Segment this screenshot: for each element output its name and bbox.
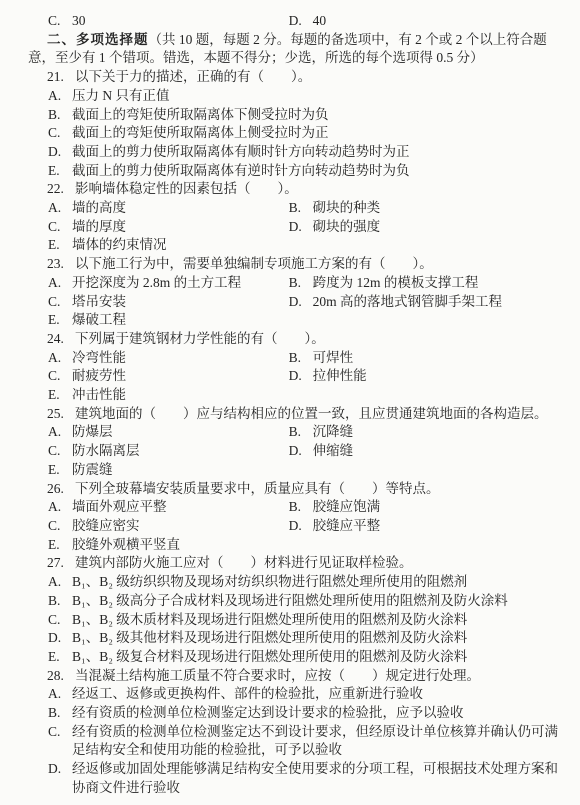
option-label: A.: [48, 573, 72, 592]
option-text: 砌块的种类: [313, 200, 381, 215]
option-text: B₁、B₂ 级高分子合成材料及现场进行阻燃处理所使用的阻燃剂及防火涂料: [72, 593, 508, 608]
question-stem: 28.当混凝土结构施工质量不符合要求时，应按（ ）规定进行处理。: [28, 667, 560, 686]
option-text: 沉降缝: [313, 424, 354, 439]
option-item: C.防水隔离层: [48, 442, 289, 461]
option-item: D.40: [289, 12, 560, 31]
option-item: D.20m 高的落地式钢管脚手架工程: [289, 293, 560, 312]
option-text: 40: [313, 13, 327, 28]
option-item: E.爆破工程: [28, 311, 560, 330]
question-stem-text: 以下关于力的描述，正确的有（ ）。: [75, 69, 311, 84]
option-item: C.经有资质的检测单位检测鉴定达不到设计要求，但经原设计单位核算并确认仍可满足结…: [28, 723, 560, 760]
option-text: 砌块的强度: [313, 219, 381, 234]
option-text: 开挖深度为 2.8m 的土方工程: [72, 275, 241, 290]
option-item: C.耐疲劳性: [48, 367, 289, 386]
question-26: 26.下列全玻幕墙安装质量要求中，质量应具有（ ）等特点。 A.墙面外观应平整 …: [28, 480, 560, 555]
option-label: C.: [48, 12, 72, 31]
option-item: D.截面上的剪力使所取隔离体有顺时针方向转动趋势时为正: [28, 143, 560, 162]
option-item: B.胶缝应饱满: [289, 498, 560, 517]
option-text: 可焊性: [313, 350, 354, 365]
option-row: C.耐疲劳性 D.拉伸性能: [28, 367, 560, 386]
question-stem: 24.下列属于建筑钢材力学性能的有（ ）。: [28, 330, 560, 349]
question-number: 26.: [47, 480, 75, 499]
option-label: A.: [48, 498, 72, 517]
option-label: C.: [48, 517, 72, 536]
question-28: 28.当混凝土结构施工质量不符合要求时，应按（ ）规定进行处理。 A.经返工、返…: [28, 667, 560, 798]
option-label: D.: [289, 12, 313, 31]
section-header: 二、多项选择题（共 10 题，每题 2 分。每题的备选项中，有 2 个或 2 个…: [28, 31, 560, 68]
option-text: B₁、B₂ 级复合材料及现场进行阻燃处理所使用的阻燃剂及防火涂料: [72, 649, 467, 664]
option-label: E.: [48, 386, 72, 405]
option-label: B.: [48, 592, 72, 611]
option-text: 胶缝应平整: [313, 518, 381, 533]
option-text: 经有资质的检测单位检测鉴定达不到设计要求，但经原设计单位核算并确认仍可满足结构安…: [72, 724, 558, 758]
option-item: A.B₁、B₂ 级纺织织物及现场对纺织织物进行阻燃处理所使用的阻燃剂: [28, 573, 560, 592]
option-label: C.: [48, 367, 72, 386]
option-text: B₁、B₂ 级其他材料及现场进行阻燃处理所使用的阻燃剂及防火涂料: [72, 630, 467, 645]
carryover-options-row: C.30 D.40: [28, 12, 560, 31]
option-item: B.砌块的种类: [289, 199, 560, 218]
option-label: D.: [289, 218, 313, 237]
question-stem-text: 下列属于建筑钢材力学性能的有（ ）。: [75, 331, 325, 346]
question-number: 24.: [47, 330, 75, 349]
option-item: D.胶缝应平整: [289, 517, 560, 536]
option-text: 防震缝: [72, 462, 113, 477]
option-label: C.: [48, 218, 72, 237]
option-item: B.B₁、B₂ 级高分子合成材料及现场进行阻燃处理所使用的阻燃剂及防火涂料: [28, 592, 560, 611]
question-27: 27.建筑内部防火施工应对（ ）材料进行见证取样检验。 A.B₁、B₂ 级纺织织…: [28, 554, 560, 666]
option-item: D.伸缩缝: [289, 442, 560, 461]
option-item: C.墙的厚度: [48, 218, 289, 237]
option-item: C.胶缝应密实: [48, 517, 289, 536]
option-item: A.压力 N 只有正值: [28, 87, 560, 106]
option-item: C.塔吊安装: [48, 293, 289, 312]
option-text: 塔吊安装: [72, 294, 126, 309]
option-item: B.跨度为 12m 的模板支撑工程: [289, 274, 560, 293]
option-text: 墙体的约束情况: [72, 237, 167, 252]
question-stem-text: 建筑内部防火施工应对（ ）材料进行见证取样检验。: [75, 555, 413, 570]
option-text: 截面上的弯矩使所取隔离体下侧受拉时为负: [72, 107, 329, 122]
option-text: 冲击性能: [72, 387, 126, 402]
option-label: E.: [48, 311, 72, 330]
question-stem: 26.下列全玻幕墙安装质量要求中，质量应具有（ ）等特点。: [28, 480, 560, 499]
option-text: B₁、B₂ 级纺织织物及现场对纺织织物进行阻燃处理所使用的阻燃剂: [72, 574, 467, 589]
option-row: A.冷弯性能 B.可焊性: [28, 349, 560, 368]
option-text: 经返修或加固处理能够满足结构安全使用要求的分项工程，可根据技术处理方案和协商文件…: [72, 761, 558, 795]
option-item: A.经返工、返修或更换构件、部件的检验批，应重新进行验收: [28, 685, 560, 704]
option-label: E.: [48, 236, 72, 255]
option-text: 跨度为 12m 的模板支撑工程: [313, 275, 479, 290]
option-text: 伸缩缝: [313, 443, 354, 458]
option-text: 防水隔离层: [72, 443, 140, 458]
option-label: D.: [289, 293, 313, 312]
option-label: B.: [289, 349, 313, 368]
option-label: B.: [48, 704, 72, 723]
option-row: A.墙的高度 B.砌块的种类: [28, 199, 560, 218]
question-number: 28.: [47, 667, 75, 686]
option-item: D.B₁、B₂ 级其他材料及现场进行阻燃处理所使用的阻燃剂及防火涂料: [28, 629, 560, 648]
option-item: A.开挖深度为 2.8m 的土方工程: [48, 274, 289, 293]
option-row: A.墙面外观应平整 B.胶缝应饱满: [28, 498, 560, 517]
option-item: A.墙的高度: [48, 199, 289, 218]
question-24: 24.下列属于建筑钢材力学性能的有（ ）。 A.冷弯性能 B.可焊性 C.耐疲劳…: [28, 330, 560, 405]
question-stem-text: 当混凝土结构施工质量不符合要求时，应按（ ）规定进行处理。: [75, 668, 480, 683]
option-label: C.: [48, 611, 72, 630]
option-label: E.: [48, 648, 72, 667]
option-label: D.: [48, 143, 72, 162]
option-item: E.B₁、B₂ 级复合材料及现场进行阻燃处理所使用的阻燃剂及防火涂料: [28, 648, 560, 667]
question-number: 22.: [47, 180, 75, 199]
option-text: 墙的厚度: [72, 219, 126, 234]
option-label: A.: [48, 87, 72, 106]
option-label: A.: [48, 685, 72, 704]
option-row: C.墙的厚度 D.砌块的强度: [28, 218, 560, 237]
option-label: B.: [289, 199, 313, 218]
option-item: B.沉降缝: [289, 423, 560, 442]
option-label: B.: [289, 274, 313, 293]
option-item: E.冲击性能: [28, 386, 560, 405]
option-item: E.截面上的剪力使所取隔离体有逆时针方向转动趋势时为负: [28, 162, 560, 181]
option-text: 截面上的剪力使所取隔离体有顺时针方向转动趋势时为正: [72, 144, 410, 159]
option-label: A.: [48, 349, 72, 368]
option-text: 胶缝外观横平竖直: [72, 537, 180, 552]
option-label: C.: [48, 124, 72, 143]
option-item: D.拉伸性能: [289, 367, 560, 386]
question-stem: 23.以下施工行为中，需要单独编制专项施工方案的有（ ）。: [28, 255, 560, 274]
question-stem-text: 影响墙体稳定性的因素包括（ ）。: [75, 181, 298, 196]
option-text: 压力 N 只有正值: [72, 88, 170, 103]
option-item: E.防震缝: [28, 461, 560, 480]
question-22: 22.影响墙体稳定性的因素包括（ ）。 A.墙的高度 B.砌块的种类 C.墙的厚…: [28, 180, 560, 255]
option-item: E.墙体的约束情况: [28, 236, 560, 255]
option-item: D.经返修或加固处理能够满足结构安全使用要求的分项工程，可根据技术处理方案和协商…: [28, 760, 560, 797]
option-row: C.胶缝应密实 D.胶缝应平整: [28, 517, 560, 536]
option-text: 胶缝应饱满: [313, 499, 381, 514]
option-label: D.: [48, 629, 72, 648]
option-label: B.: [48, 106, 72, 125]
option-label: E.: [48, 461, 72, 480]
option-text: 胶缝应密实: [72, 518, 140, 533]
option-label: C.: [48, 442, 72, 461]
option-item: A.防爆层: [48, 423, 289, 442]
option-row: C.塔吊安装 D.20m 高的落地式钢管脚手架工程: [28, 293, 560, 312]
option-item: A.墙面外观应平整: [48, 498, 289, 517]
option-label: A.: [48, 423, 72, 442]
option-text: 经有资质的检测单位检测鉴定达到设计要求的检验批，应予以验收: [72, 705, 464, 720]
question-stem-text: 以下施工行为中，需要单独编制专项施工方案的有（ ）。: [75, 256, 433, 271]
question-number: 21.: [47, 68, 75, 87]
question-23: 23.以下施工行为中，需要单独编制专项施工方案的有（ ）。 A.开挖深度为 2.…: [28, 255, 560, 330]
option-text: 经返工、返修或更换构件、部件的检验批，应重新进行验收: [72, 686, 423, 701]
option-text: 爆破工程: [72, 312, 126, 327]
option-row: C.防水隔离层 D.伸缩缝: [28, 442, 560, 461]
option-label: C.: [48, 723, 72, 742]
option-label: D.: [289, 367, 313, 386]
option-label: D.: [289, 442, 313, 461]
question-stem-text: 下列全玻幕墙安装质量要求中，质量应具有（ ）等特点。: [75, 481, 440, 496]
option-text: 墙面外观应平整: [72, 499, 167, 514]
question-25: 25.建筑地面的（ ）应与结构相应的位置一致，且应贯通建筑地面的各构造层。 A.…: [28, 405, 560, 480]
option-label: D.: [48, 760, 72, 779]
option-item: C.截面上的弯矩使所取隔离体上侧受拉时为正: [28, 124, 560, 143]
option-text: 20m 高的落地式钢管脚手架工程: [313, 294, 502, 309]
option-label: A.: [48, 274, 72, 293]
question-number: 25.: [47, 405, 75, 424]
option-text: 墙的高度: [72, 200, 126, 215]
option-item: E.胶缝外观横平竖直: [28, 536, 560, 555]
option-item: C.30: [48, 12, 289, 31]
option-text: 30: [72, 13, 86, 28]
option-label: E.: [48, 536, 72, 555]
option-label: A.: [48, 199, 72, 218]
option-label: B.: [289, 423, 313, 442]
option-item: B.经有资质的检测单位检测鉴定达到设计要求的检验批，应予以验收: [28, 704, 560, 723]
option-label: B.: [289, 498, 313, 517]
option-item: C.B₁、B₂ 级木质材料及现场进行阻燃处理所使用的阻燃剂及防火涂料: [28, 611, 560, 630]
option-text: 防爆层: [72, 424, 113, 439]
question-number: 27.: [47, 554, 75, 573]
option-item: A.冷弯性能: [48, 349, 289, 368]
option-label: E.: [48, 162, 72, 181]
question-stem-text: 建筑地面的（ ）应与结构相应的位置一致，且应贯通建筑地面的各构造层。: [75, 406, 548, 421]
option-row: A.开挖深度为 2.8m 的土方工程 B.跨度为 12m 的模板支撑工程: [28, 274, 560, 293]
option-item: B.可焊性: [289, 349, 560, 368]
question-stem: 27.建筑内部防火施工应对（ ）材料进行见证取样检验。: [28, 554, 560, 573]
question-stem: 25.建筑地面的（ ）应与结构相应的位置一致，且应贯通建筑地面的各构造层。: [28, 405, 560, 424]
option-label: D.: [289, 517, 313, 536]
option-text: 冷弯性能: [72, 350, 126, 365]
option-label: C.: [48, 293, 72, 312]
option-text: 耐疲劳性: [72, 368, 126, 383]
option-text: 拉伸性能: [313, 368, 367, 383]
section-title: 二、多项选择题: [47, 32, 149, 47]
option-row: A.防爆层 B.沉降缝: [28, 423, 560, 442]
exam-page: C.30 D.40 二、多项选择题（共 10 题，每题 2 分。每题的备选项中，…: [0, 0, 580, 805]
option-item: D.砌块的强度: [289, 218, 560, 237]
option-item: B.截面上的弯矩使所取隔离体下侧受拉时为负: [28, 106, 560, 125]
question-stem: 21.以下关于力的描述，正确的有（ ）。: [28, 68, 560, 87]
option-text: 截面上的弯矩使所取隔离体上侧受拉时为正: [72, 125, 329, 140]
option-text: 截面上的剪力使所取隔离体有逆时针方向转动趋势时为负: [72, 163, 410, 178]
question-stem: 22.影响墙体稳定性的因素包括（ ）。: [28, 180, 560, 199]
option-text: B₁、B₂ 级木质材料及现场进行阻燃处理所使用的阻燃剂及防火涂料: [72, 612, 467, 627]
question-21: 21.以下关于力的描述，正确的有（ ）。 A.压力 N 只有正值 B.截面上的弯…: [28, 68, 560, 180]
question-number: 23.: [47, 255, 75, 274]
